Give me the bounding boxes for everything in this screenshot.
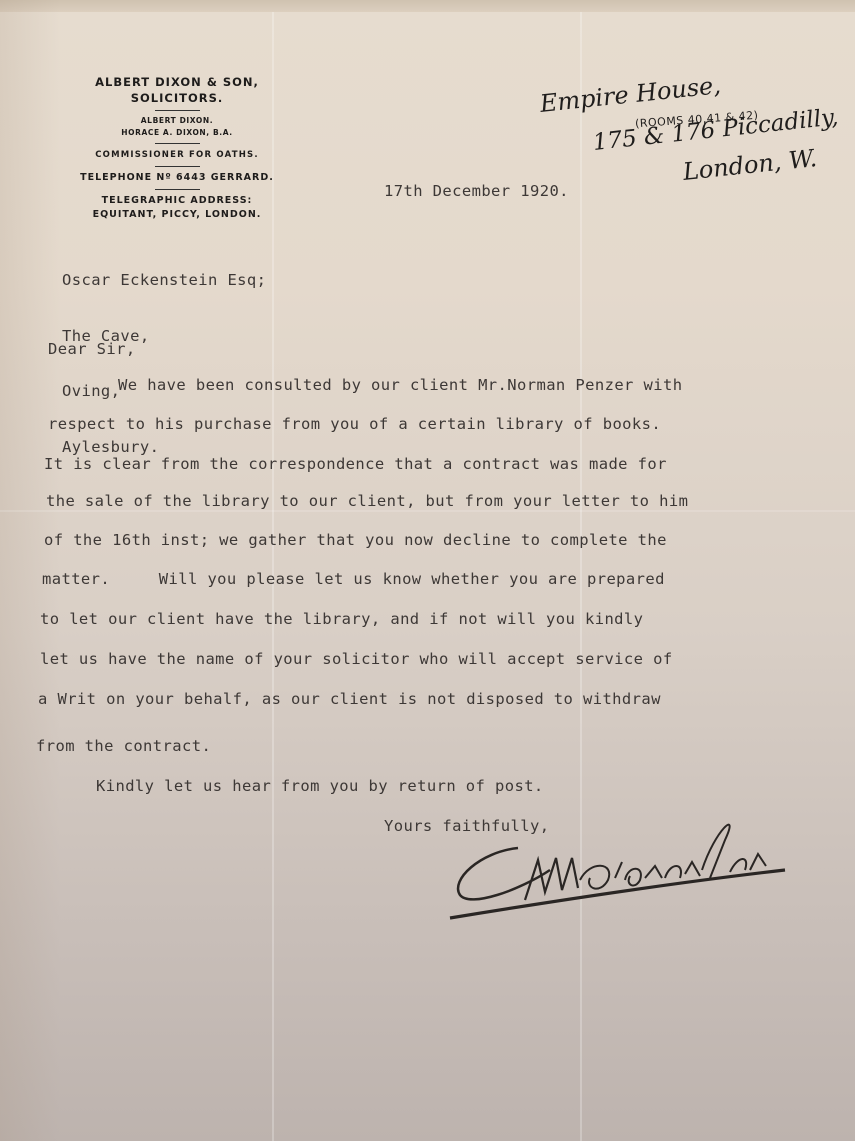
closing-paragraph: Kindly let us hear from you by return of… xyxy=(96,777,544,795)
salutation: Dear Sir, xyxy=(48,340,136,358)
body-line: to let our client have the library, and … xyxy=(40,610,643,628)
divider xyxy=(155,189,200,190)
paper-edge xyxy=(0,0,855,12)
body-line: a Writ on your behalf, as our client is … xyxy=(38,690,661,708)
recipient-name: Oscar Eckenstein Esq; xyxy=(62,271,266,290)
address-building: Empire House, xyxy=(539,71,723,118)
telegraphic-address: EQUITANT, PICCY, LONDON. xyxy=(62,208,292,222)
address-city: London, W. xyxy=(682,144,819,186)
divider xyxy=(155,143,200,144)
body-line: from the contract. xyxy=(36,737,211,755)
firm-name: ALBERT DIXON & SON, xyxy=(62,74,292,90)
paper-fold xyxy=(0,510,855,512)
recipient-line: Aylesbury. xyxy=(62,438,266,457)
body-line: respect to his purchase from you of a ce… xyxy=(48,415,661,433)
body-line: We have been consulted by our client Mr.… xyxy=(118,376,682,394)
body-line: matter. Will you please let us know whet… xyxy=(42,570,665,588)
telegraphic-label: TELEGRAPHIC ADDRESS: xyxy=(62,194,292,208)
office-address: Empire House, (ROOMS 40,41 & 42) 175 & 1… xyxy=(535,90,855,200)
divider xyxy=(155,166,200,167)
commissioner-line: COMMISSIONER FOR OATHS. xyxy=(62,148,292,162)
divider xyxy=(155,110,200,111)
partner-name: HORACE A. DIXON, B.A. xyxy=(62,127,292,139)
letter-date: 17th December 1920. xyxy=(384,182,569,200)
body-line: let us have the name of your solicitor w… xyxy=(40,650,673,668)
body-line: of the 16th inst; we gather that you now… xyxy=(44,531,667,549)
letterhead: ALBERT DIXON & SON, SOLICITORS. ALBERT D… xyxy=(62,74,292,222)
firm-type: SOLICITORS. xyxy=(62,90,292,106)
body-line: the sale of the library to our client, b… xyxy=(46,492,688,510)
signature xyxy=(440,800,800,930)
partner-name: ALBERT DIXON. xyxy=(62,115,292,127)
body-line: It is clear from the correspondence that… xyxy=(44,455,667,473)
telephone-line: TELEPHONE Nº 6443 GERRARD. xyxy=(62,171,292,185)
